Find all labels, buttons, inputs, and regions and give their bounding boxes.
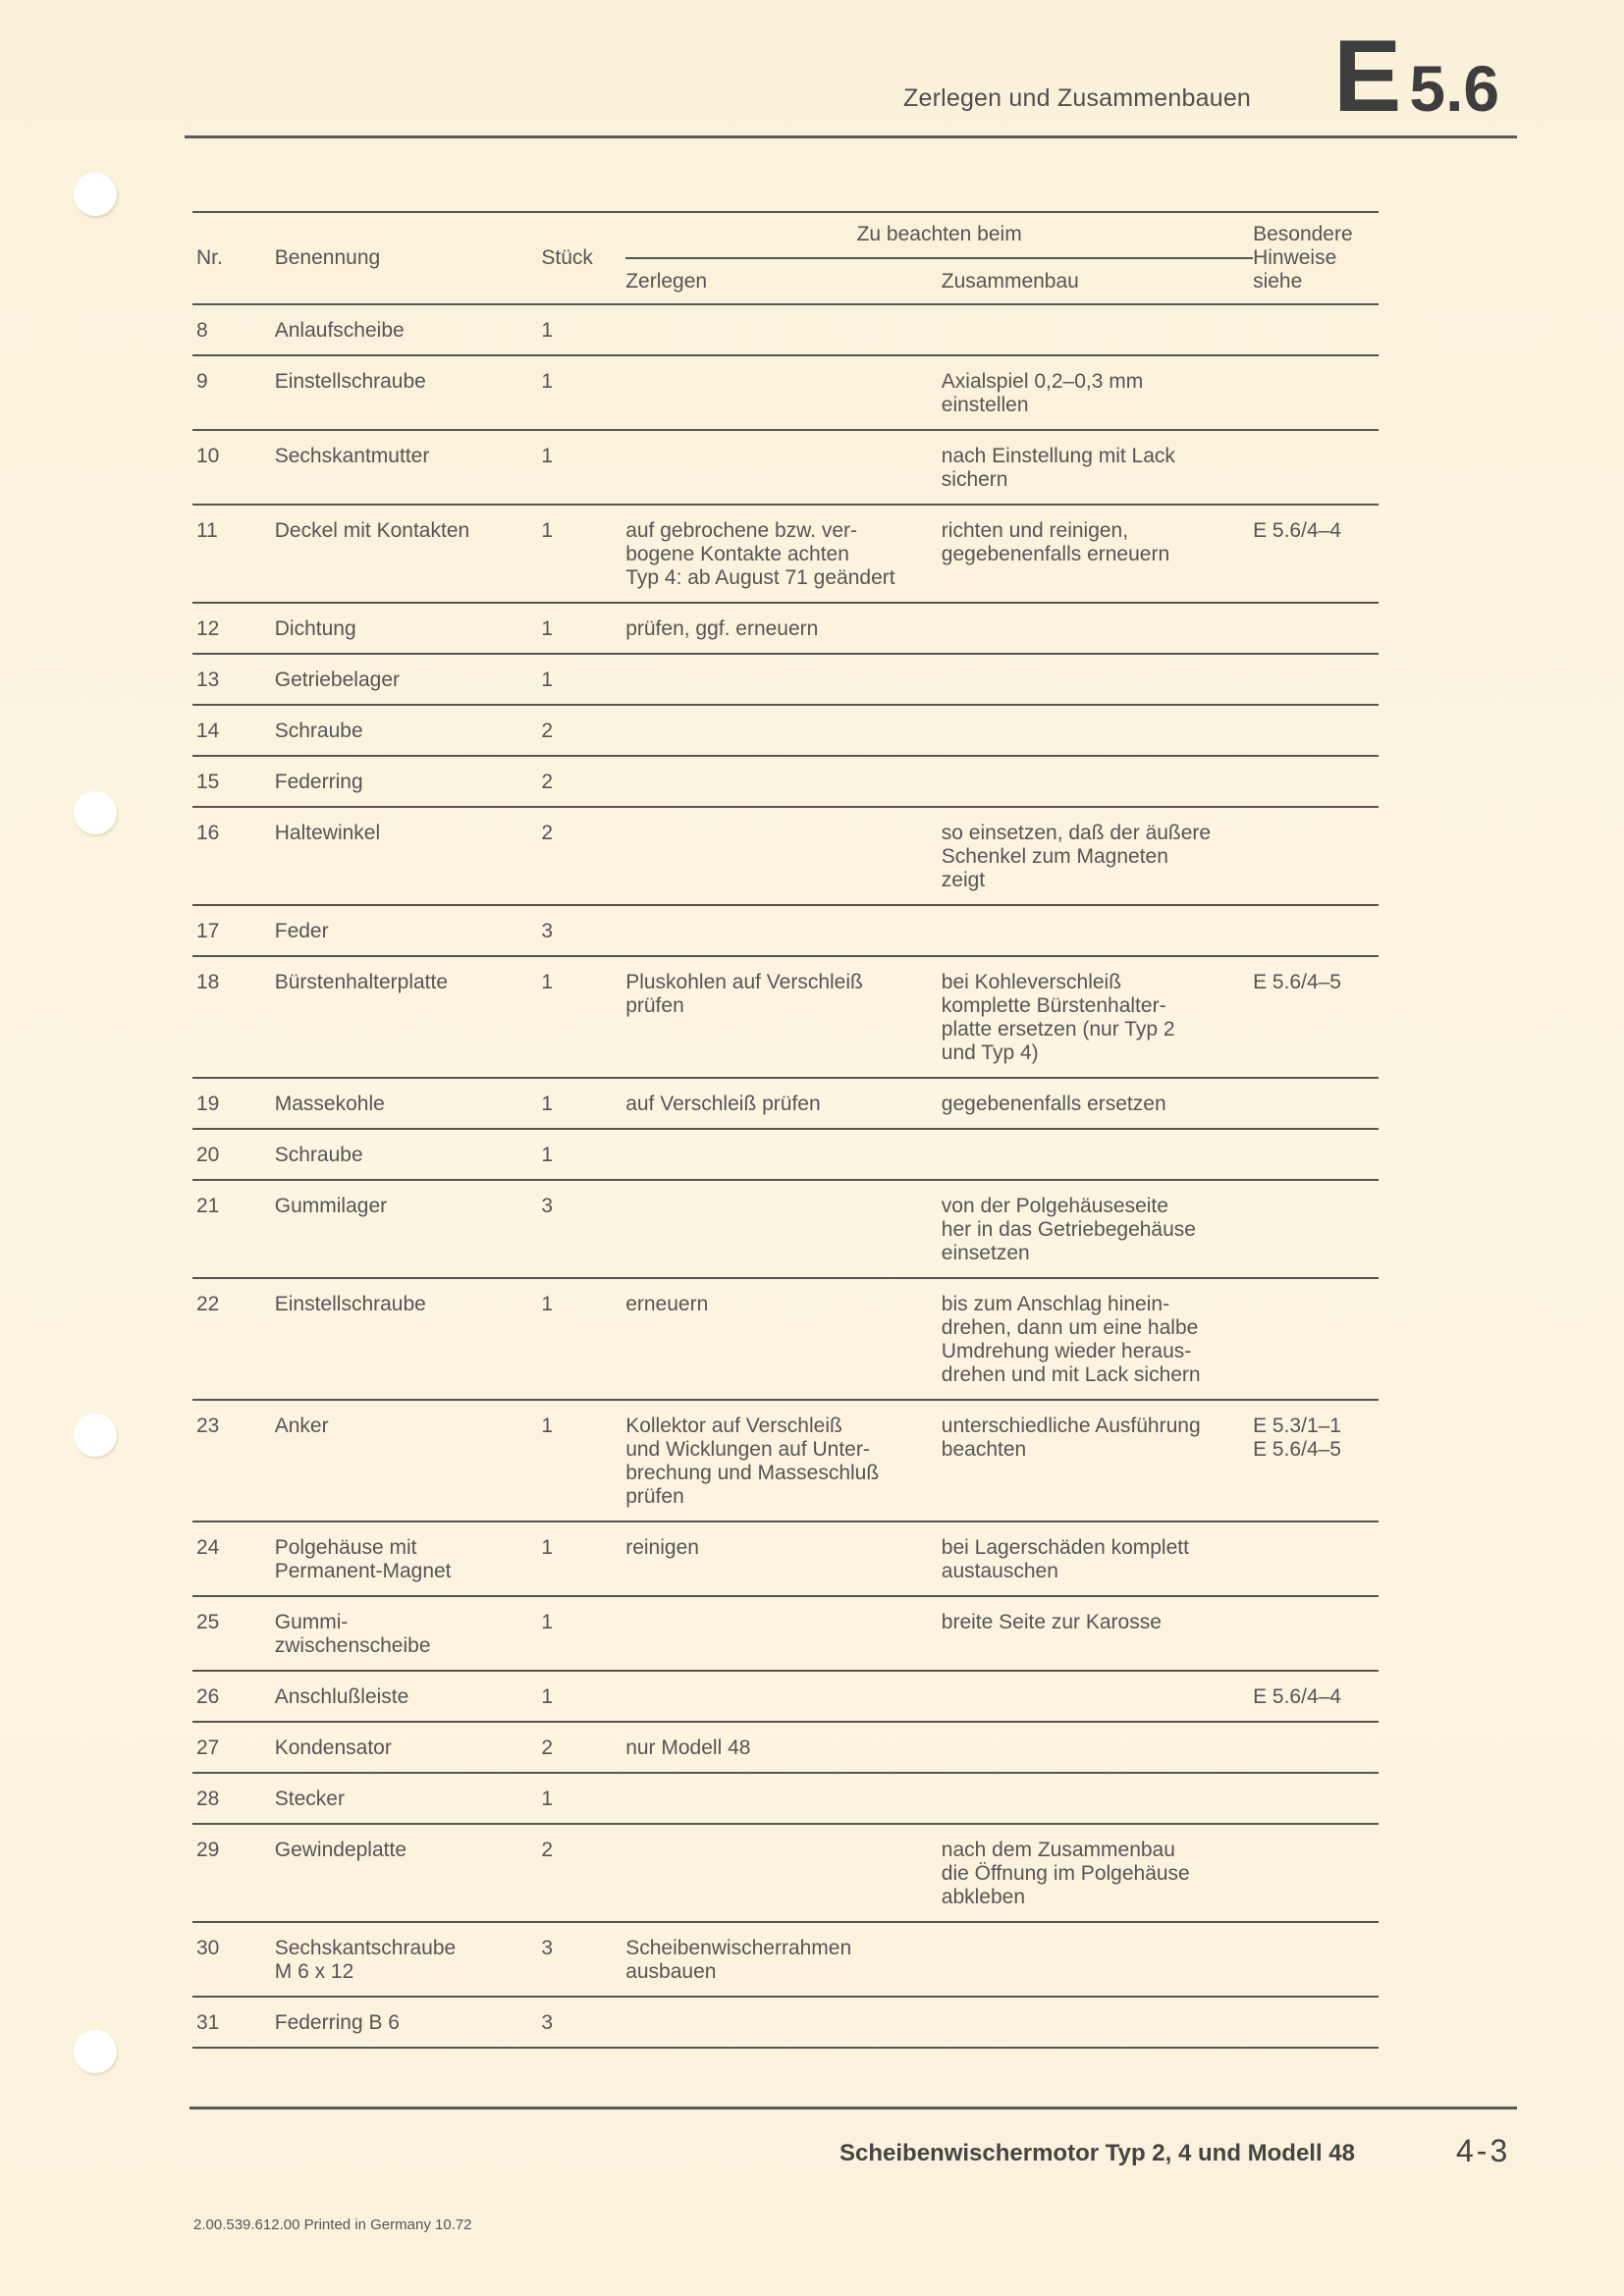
row-assembly: bei Lagerschäden komplett austauschen (942, 1522, 1253, 1596)
row-assembly (942, 756, 1253, 807)
row-name: Gummilager (275, 1180, 542, 1278)
row-disassembly: auf Verschleiß prüfen (625, 1078, 942, 1129)
col-disassembly: Zerlegen (625, 258, 942, 304)
row-nr: 28 (192, 1773, 275, 1824)
row-nr: 14 (192, 705, 275, 756)
row-qty: 1 (541, 654, 625, 705)
row-name: Einstellschraube (275, 1278, 542, 1400)
row-nr: 29 (192, 1824, 275, 1922)
table-row: 8Anlaufscheibe1 (192, 304, 1379, 355)
row-qty: 1 (541, 505, 625, 603)
row-nr: 11 (192, 505, 275, 603)
row-qty: 1 (541, 1278, 625, 1400)
row-qty: 1 (541, 1773, 625, 1824)
row-assembly: richten und reinigen, gegebenenfalls ern… (942, 505, 1253, 603)
section-code: E5.6 (1333, 26, 1499, 128)
table-row: 11Deckel mit Kontakten1auf gebrochene bz… (192, 505, 1379, 603)
row-notes (1253, 1922, 1379, 1997)
table-row: 30Sechskantschraube M 6 x 123Scheibenwis… (192, 1922, 1379, 1997)
row-disassembly (625, 1129, 942, 1180)
row-nr: 27 (192, 1722, 275, 1773)
table-row: 9Einstellschraube1Axialspiel 0,2–0,3 mm … (192, 355, 1379, 430)
row-notes (1253, 1596, 1379, 1671)
row-assembly (942, 1997, 1253, 2048)
table-row: 20Schraube1 (192, 1129, 1379, 1180)
row-notes (1253, 756, 1379, 807)
row-assembly: breite Seite zur Karosse (942, 1596, 1253, 1671)
row-nr: 24 (192, 1522, 275, 1596)
row-assembly (942, 1129, 1253, 1180)
table-row: 12Dichtung1prüfen, ggf. erneuern (192, 603, 1379, 654)
row-assembly: bei Kohleverschleiß komplette Bürstenhal… (942, 956, 1253, 1078)
manual-page: Zerlegen und Zusammenbauen E5.6 Nr. Bene… (0, 0, 1624, 2296)
row-qty: 1 (541, 1522, 625, 1596)
table-row: 28Stecker1 (192, 1773, 1379, 1824)
row-name: Sechskantmutter (275, 430, 542, 505)
row-name: Getriebelager (275, 654, 542, 705)
row-name: Gewindeplatte (275, 1824, 542, 1922)
row-notes: E 5.6/4–4 (1253, 1671, 1379, 1722)
row-nr: 9 (192, 355, 275, 430)
row-nr: 21 (192, 1180, 275, 1278)
row-name: Polgehäuse mit Permanent-Magnet (275, 1522, 542, 1596)
table-row: 17Feder3 (192, 905, 1379, 956)
row-nr: 23 (192, 1400, 275, 1522)
row-notes (1253, 807, 1379, 905)
row-nr: 13 (192, 654, 275, 705)
col-notes: Besondere Hinweise siehe (1253, 212, 1379, 304)
row-notes (1253, 905, 1379, 956)
row-disassembly: reinigen (625, 1522, 942, 1596)
print-info: 2.00.539.612.00 Printed in Germany 10.72 (193, 2216, 472, 2233)
row-qty: 2 (541, 1824, 625, 1922)
row-disassembly: Scheibenwischerrahmen ausbauen (625, 1922, 942, 1997)
row-qty: 1 (541, 956, 625, 1078)
row-disassembly (625, 705, 942, 756)
row-assembly (942, 1671, 1253, 1722)
row-assembly (942, 1722, 1253, 1773)
table-row: 23Anker1Kollektor auf Verschleiß und Wic… (192, 1400, 1379, 1522)
row-name: Bürstenhalterplatte (275, 956, 542, 1078)
page-number: 4-3 (1456, 2133, 1510, 2169)
row-qty: 1 (541, 603, 625, 654)
row-assembly: von der Polgehäuseseite her in das Getri… (942, 1180, 1253, 1278)
col-nr: Nr. (192, 212, 275, 304)
table-row: 15Federring2 (192, 756, 1379, 807)
row-notes (1253, 1773, 1379, 1824)
row-qty: 3 (541, 1922, 625, 1997)
row-qty: 2 (541, 807, 625, 905)
row-disassembly: prüfen, ggf. erneuern (625, 603, 942, 654)
row-qty: 1 (541, 355, 625, 430)
row-nr: 12 (192, 603, 275, 654)
table-row: 16Haltewinkel2so einsetzen, daß der äuße… (192, 807, 1379, 905)
row-notes (1253, 654, 1379, 705)
row-notes (1253, 1180, 1379, 1278)
row-disassembly (625, 430, 942, 505)
row-nr: 17 (192, 905, 275, 956)
page-subtitle: Zerlegen und Zusammenbauen (903, 84, 1251, 113)
row-disassembly (625, 1773, 942, 1824)
section-number: 5.6 (1409, 52, 1499, 125)
row-nr: 22 (192, 1278, 275, 1400)
row-qty: 1 (541, 1596, 625, 1671)
col-name: Benennung (275, 212, 542, 304)
row-name: Einstellschraube (275, 355, 542, 430)
header-rule (185, 135, 1517, 138)
row-qty: 2 (541, 1722, 625, 1773)
row-name: Sechskantschraube M 6 x 12 (275, 1922, 542, 1997)
parts-table: Nr. Benennung Stück Zu beachten beim Bes… (192, 211, 1379, 2049)
row-disassembly (625, 1596, 942, 1671)
row-notes (1253, 1078, 1379, 1129)
row-name: Schraube (275, 705, 542, 756)
row-notes (1253, 1997, 1379, 2048)
row-assembly (942, 705, 1253, 756)
row-name: Feder (275, 905, 542, 956)
row-nr: 20 (192, 1129, 275, 1180)
row-name: Dichtung (275, 603, 542, 654)
table-row: 18Bürstenhalterplatte1Pluskohlen auf Ver… (192, 956, 1379, 1078)
section-letter: E (1333, 20, 1399, 133)
row-name: Deckel mit Kontakten (275, 505, 542, 603)
row-disassembly (625, 1671, 942, 1722)
row-disassembly (625, 304, 942, 355)
table-row: 14Schraube2 (192, 705, 1379, 756)
row-notes (1253, 430, 1379, 505)
row-nr: 10 (192, 430, 275, 505)
row-disassembly (625, 756, 942, 807)
row-notes: E 5.6/4–5 (1253, 956, 1379, 1078)
row-notes (1253, 705, 1379, 756)
row-notes (1253, 355, 1379, 430)
row-disassembly (625, 355, 942, 430)
table-row: 26Anschlußleiste1E 5.6/4–4 (192, 1671, 1379, 1722)
table-row: 31Federring B 63 (192, 1997, 1379, 2048)
row-assembly: Axialspiel 0,2–0,3 mm einstellen (942, 355, 1253, 430)
table-row: 29Gewindeplatte2nach dem Zusammenbau die… (192, 1824, 1379, 1922)
row-qty: 2 (541, 756, 625, 807)
row-disassembly (625, 654, 942, 705)
row-name: Stecker (275, 1773, 542, 1824)
row-qty: 3 (541, 905, 625, 956)
row-disassembly: erneuern (625, 1278, 942, 1400)
row-disassembly (625, 1180, 942, 1278)
row-qty: 1 (541, 1129, 625, 1180)
row-notes (1253, 304, 1379, 355)
row-name: Federring (275, 756, 542, 807)
row-assembly: bis zum Anschlag hinein- drehen, dann um… (942, 1278, 1253, 1400)
table-row: 21Gummilager3von der Polgehäuseseite her… (192, 1180, 1379, 1278)
col-group: Zu beachten beim (625, 212, 1253, 258)
row-notes (1253, 1278, 1379, 1400)
row-qty: 3 (541, 1180, 625, 1278)
row-disassembly (625, 1997, 942, 2048)
table-row: 19Massekohle1auf Verschleiß prüfengegebe… (192, 1078, 1379, 1129)
table-row: 25Gummi- zwischenscheibe1breite Seite zu… (192, 1596, 1379, 1671)
row-name: Massekohle (275, 1078, 542, 1129)
row-qty: 1 (541, 1671, 625, 1722)
table-header-row: Nr. Benennung Stück Zu beachten beim Bes… (192, 212, 1379, 258)
row-disassembly (625, 1824, 942, 1922)
row-notes (1253, 1522, 1379, 1596)
row-qty: 3 (541, 1997, 625, 2048)
row-nr: 19 (192, 1078, 275, 1129)
col-qty: Stück (541, 212, 625, 304)
row-notes (1253, 603, 1379, 654)
row-assembly (942, 1922, 1253, 1997)
row-nr: 30 (192, 1922, 275, 1997)
row-nr: 18 (192, 956, 275, 1078)
row-nr: 26 (192, 1671, 275, 1722)
footer-title: Scheibenwischermotor Typ 2, 4 und Modell… (839, 2140, 1355, 2167)
row-disassembly: nur Modell 48 (625, 1722, 942, 1773)
row-name: Anlaufscheibe (275, 304, 542, 355)
row-assembly: so einsetzen, daß der äußere Schenkel zu… (942, 807, 1253, 905)
row-nr: 8 (192, 304, 275, 355)
col-assembly: Zusammenbau (942, 258, 1253, 304)
row-disassembly (625, 905, 942, 956)
row-notes (1253, 1722, 1379, 1773)
row-assembly (942, 603, 1253, 654)
row-assembly (942, 905, 1253, 956)
row-name: Schraube (275, 1129, 542, 1180)
table-row: 27Kondensator2nur Modell 48 (192, 1722, 1379, 1773)
row-name: Haltewinkel (275, 807, 542, 905)
punch-hole (74, 173, 117, 216)
punch-hole (74, 791, 117, 834)
row-disassembly: Pluskohlen auf Verschleiß prüfen (625, 956, 942, 1078)
footer-rule (189, 2107, 1517, 2109)
table-row: 24Polgehäuse mit Permanent-Magnet1reinig… (192, 1522, 1379, 1596)
table-row: 10Sechskantmutter1nach Einstellung mit L… (192, 430, 1379, 505)
row-name: Federring B 6 (275, 1997, 542, 2048)
row-notes: E 5.3/1–1 E 5.6/4–5 (1253, 1400, 1379, 1522)
row-qty: 1 (541, 304, 625, 355)
row-assembly: gegebenenfalls ersetzen (942, 1078, 1253, 1129)
row-assembly: nach Einstellung mit Lack sichern (942, 430, 1253, 505)
row-name: Anker (275, 1400, 542, 1522)
punch-hole (74, 2030, 117, 2073)
row-notes (1253, 1129, 1379, 1180)
row-assembly (942, 1773, 1253, 1824)
row-name: Kondensator (275, 1722, 542, 1773)
row-nr: 16 (192, 807, 275, 905)
row-assembly: nach dem Zusammenbau die Öffnung im Polg… (942, 1824, 1253, 1922)
row-notes: E 5.6/4–4 (1253, 505, 1379, 603)
row-assembly (942, 304, 1253, 355)
row-qty: 2 (541, 705, 625, 756)
row-nr: 15 (192, 756, 275, 807)
row-name: Anschlußleiste (275, 1671, 542, 1722)
row-qty: 1 (541, 1400, 625, 1522)
row-disassembly: auf gebrochene bzw. ver- bogene Kontakte… (625, 505, 942, 603)
row-qty: 1 (541, 430, 625, 505)
row-disassembly (625, 807, 942, 905)
row-nr: 31 (192, 1997, 275, 2048)
row-nr: 25 (192, 1596, 275, 1671)
row-name: Gummi- zwischenscheibe (275, 1596, 542, 1671)
table-row: 22Einstellschraube1erneuernbis zum Ansch… (192, 1278, 1379, 1400)
row-disassembly: Kollektor auf Verschleiß und Wicklungen … (625, 1400, 942, 1522)
row-assembly (942, 654, 1253, 705)
row-assembly: unterschiedliche Ausführung beachten (942, 1400, 1253, 1522)
row-qty: 1 (541, 1078, 625, 1129)
row-notes (1253, 1824, 1379, 1922)
punch-hole (74, 1414, 117, 1457)
table-row: 13Getriebelager1 (192, 654, 1379, 705)
